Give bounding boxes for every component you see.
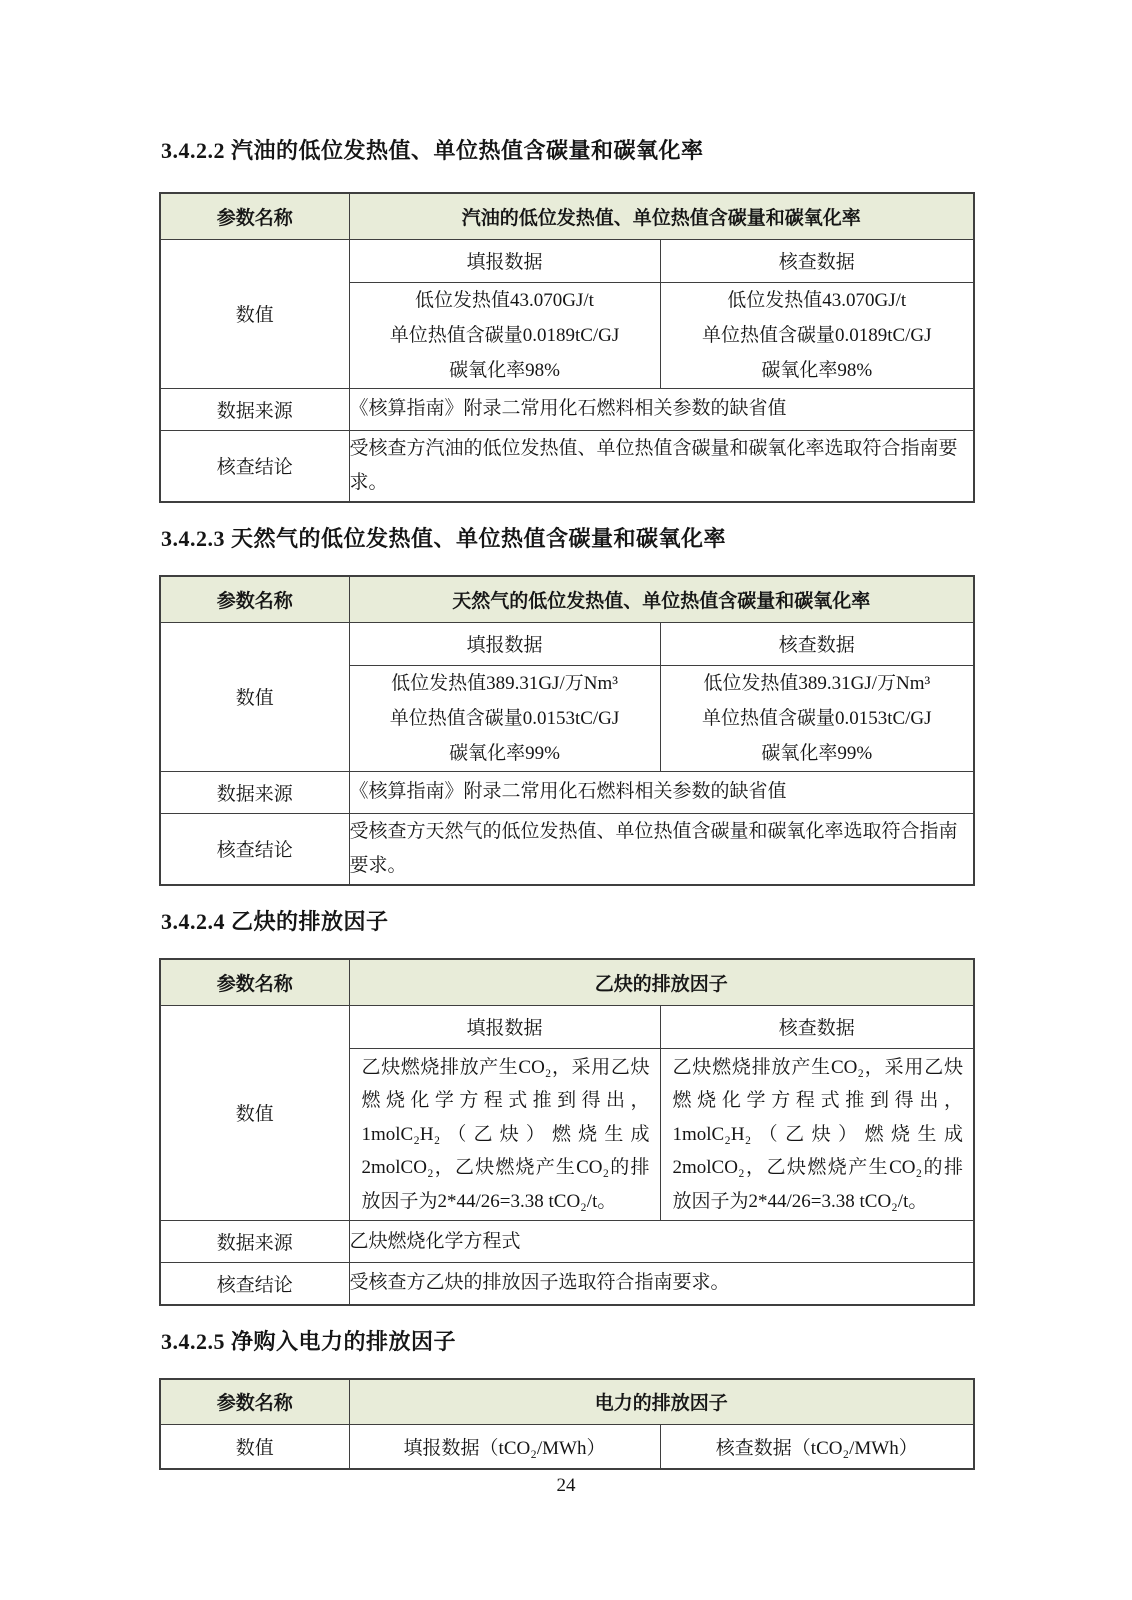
param-name-cell: 汽油的低位发热值、单位热值含碳量和碳氧化率 (349, 193, 974, 239)
param-name-label-cell: 参数名称 (160, 959, 349, 1005)
value-line: 碳氧化率98% (661, 353, 974, 388)
verified-header-cell: 核查数据 (660, 622, 974, 665)
param-name-cell: 天然气的低位发热值、单位热值含碳量和碳氧化率 (349, 576, 974, 622)
reported-values-cell: 低位发热值389.31GJ/万Nm³ 单位热值含碳量0.0153tC/GJ 碳氧… (349, 665, 660, 771)
conclusion-cell: 受核查方乙炔的排放因子选取符合指南要求。 (349, 1263, 974, 1305)
source-cell: 乙炔燃烧化学方程式 (349, 1221, 974, 1263)
source-label-cell: 数据来源 (160, 388, 349, 430)
reported-header-cell: 填报数据（tCO₂/MWh） (349, 1425, 660, 1469)
param-name-cell: 乙炔的排放因子 (349, 959, 974, 1005)
section-heading-electricity: 3.4.2.5 净购入电力的排放因子 (161, 1306, 973, 1378)
source-row: 数据来源 《核算指南》附录二常用化石燃料相关参数的缺省值 (160, 771, 974, 813)
verified-values-cell: 低位发热值389.31GJ/万Nm³ 单位热值含碳量0.0153tC/GJ 碳氧… (660, 665, 974, 771)
conclusion-row: 核查结论 受核查方汽油的低位发热值、单位热值含碳量和碳氧化率选取符合指南要求。 (160, 430, 974, 502)
value-line: 低位发热值389.31GJ/万Nm³ (350, 666, 660, 701)
values-row: 数值 填报数据（tCO₂/MWh） 核查数据（tCO₂/MWh） (160, 1425, 974, 1469)
value-paragraph: 乙炔燃烧排放产生CO₂，采用乙炔燃烧化学方程式推到得出，1molC₂H₂（乙炔）… (350, 1049, 660, 1221)
source-cell: 《核算指南》附录二常用化石燃料相关参数的缺省值 (349, 388, 974, 430)
table-header-row: 参数名称 电力的排放因子 (160, 1379, 974, 1425)
subheader-row: 数值 填报数据 核查数据 (160, 239, 974, 282)
conclusion-cell: 受核查方汽油的低位发热值、单位热值含碳量和碳氧化率选取符合指南要求。 (349, 430, 974, 502)
source-label-cell: 数据来源 (160, 1221, 349, 1263)
table-header-row: 参数名称 乙炔的排放因子 (160, 959, 974, 1005)
value-line: 单位热值含碳量0.0189tC/GJ (350, 318, 660, 353)
subheader-row: 数值 填报数据 核查数据 (160, 622, 974, 665)
value-line: 单位热值含碳量0.0189tC/GJ (661, 318, 974, 353)
table-header-row: 参数名称 天然气的低位发热值、单位热值含碳量和碳氧化率 (160, 576, 974, 622)
verified-header-cell: 核查数据 (660, 1005, 974, 1048)
value-label-cell: 数值 (160, 1005, 349, 1221)
table-header-row: 参数名称 汽油的低位发热值、单位热值含碳量和碳氧化率 (160, 193, 974, 239)
value-line: 低位发热值43.070GJ/t (661, 283, 974, 318)
conclusion-label-cell: 核查结论 (160, 1263, 349, 1305)
reported-header-cell: 填报数据 (349, 1005, 660, 1048)
conclusion-cell: 受核查方天然气的低位发热值、单位热值含碳量和碳氧化率选取符合指南要求。 (349, 813, 974, 885)
value-line: 低位发热值43.070GJ/t (350, 283, 660, 318)
acetylene-parameter-table: 参数名称 乙炔的排放因子 数值 填报数据 核查数据 乙炔燃烧排放产生CO₂，采用… (159, 958, 975, 1306)
conclusion-label-cell: 核查结论 (160, 430, 349, 502)
source-row: 数据来源 《核算指南》附录二常用化石燃料相关参数的缺省值 (160, 388, 974, 430)
conclusion-label-cell: 核查结论 (160, 813, 349, 885)
electricity-parameter-table: 参数名称 电力的排放因子 数值 填报数据（tCO₂/MWh） 核查数据（tCO₂… (159, 1378, 975, 1470)
value-line: 低位发热值389.31GJ/万Nm³ (661, 666, 974, 701)
source-cell: 《核算指南》附录二常用化石燃料相关参数的缺省值 (349, 771, 974, 813)
value-line: 碳氧化率99% (661, 736, 974, 771)
source-label-cell: 数据来源 (160, 771, 349, 813)
reported-header-cell: 填报数据 (349, 239, 660, 282)
verified-values-cell: 乙炔燃烧排放产生CO₂，采用乙炔燃烧化学方程式推到得出，1molC₂H₂（乙炔）… (660, 1048, 974, 1221)
param-name-label-cell: 参数名称 (160, 576, 349, 622)
page-number: 24 (0, 1475, 1132, 1497)
verified-values-cell: 低位发热值43.070GJ/t 单位热值含碳量0.0189tC/GJ 碳氧化率9… (660, 282, 974, 388)
conclusion-row: 核查结论 受核查方乙炔的排放因子选取符合指南要求。 (160, 1263, 974, 1305)
document-page: 3.4.2.2 汽油的低位发热值、单位热值含碳量和碳氧化率 参数名称 汽油的低位… (0, 0, 1132, 1600)
subheader-row: 数值 填报数据 核查数据 (160, 1005, 974, 1048)
value-label-cell: 数值 (160, 622, 349, 771)
value-label-cell: 数值 (160, 1425, 349, 1469)
value-line: 单位热值含碳量0.0153tC/GJ (661, 701, 974, 736)
value-paragraph: 乙炔燃烧排放产生CO₂，采用乙炔燃烧化学方程式推到得出，1molC₂H₂（乙炔）… (661, 1049, 974, 1221)
conclusion-row: 核查结论 受核查方天然气的低位发热值、单位热值含碳量和碳氧化率选取符合指南要求。 (160, 813, 974, 885)
reported-values-cell: 乙炔燃烧排放产生CO₂，采用乙炔燃烧化学方程式推到得出，1molC₂H₂（乙炔）… (349, 1048, 660, 1221)
gasoline-parameter-table: 参数名称 汽油的低位发热值、单位热值含碳量和碳氧化率 数值 填报数据 核查数据 … (159, 192, 975, 503)
section-heading-gasoline: 3.4.2.2 汽油的低位发热值、单位热值含碳量和碳氧化率 (161, 0, 973, 192)
param-name-label-cell: 参数名称 (160, 193, 349, 239)
value-line: 单位热值含碳量0.0153tC/GJ (350, 701, 660, 736)
page-content: 3.4.2.2 汽油的低位发热值、单位热值含碳量和碳氧化率 参数名称 汽油的低位… (159, 0, 973, 1470)
section-heading-acetylene: 3.4.2.4 乙炔的排放因子 (161, 886, 973, 958)
param-name-cell: 电力的排放因子 (349, 1379, 974, 1425)
section-heading-natural-gas: 3.4.2.3 天然气的低位发热值、单位热值含碳量和碳氧化率 (161, 503, 973, 575)
verified-header-cell: 核查数据（tCO₂/MWh） (660, 1425, 974, 1469)
verified-header-cell: 核查数据 (660, 239, 974, 282)
value-line: 碳氧化率99% (350, 736, 660, 771)
natural-gas-parameter-table: 参数名称 天然气的低位发热值、单位热值含碳量和碳氧化率 数值 填报数据 核查数据… (159, 575, 975, 886)
value-line: 碳氧化率98% (350, 353, 660, 388)
value-label-cell: 数值 (160, 239, 349, 388)
source-row: 数据来源 乙炔燃烧化学方程式 (160, 1221, 974, 1263)
reported-values-cell: 低位发热值43.070GJ/t 单位热值含碳量0.0189tC/GJ 碳氧化率9… (349, 282, 660, 388)
param-name-label-cell: 参数名称 (160, 1379, 349, 1425)
reported-header-cell: 填报数据 (349, 622, 660, 665)
